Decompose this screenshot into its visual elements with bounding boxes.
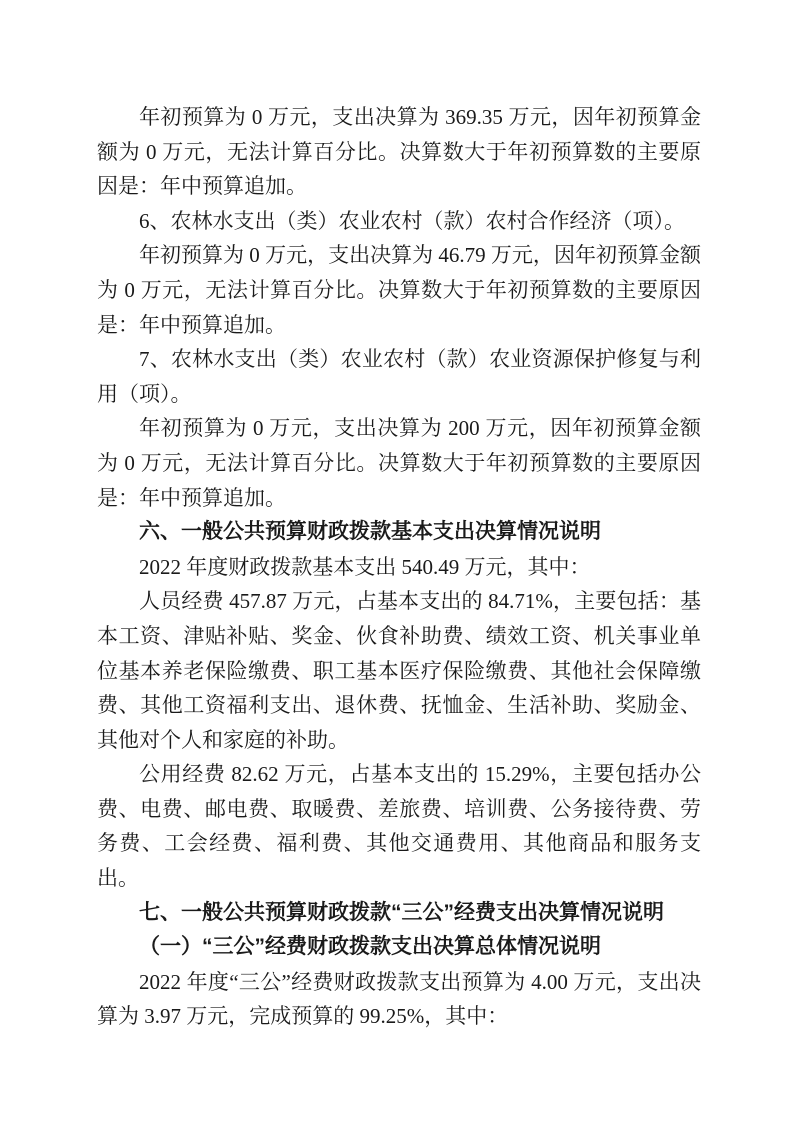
- paragraph-three-public-summary: 2022 年度“三公”经费财政拨款支出预算为 4.00 万元，支出决算为 3.9…: [97, 965, 701, 1034]
- paragraph-budget-note-item5: 年初预算为 0 万元，支出决算为 369.35 万元，因年初预算金额为 0 万元…: [97, 100, 701, 204]
- subheading-three-public-overall: （一）“三公”经费财政拨款支出决算总体情况说明: [97, 930, 701, 965]
- document-body: 年初预算为 0 万元，支出决算为 369.35 万元，因年初预算金额为 0 万元…: [97, 100, 701, 1034]
- paragraph-item7-title: 7、农林水支出（类）农业农村（款）农业资源保护修复与利用（项）。: [97, 342, 701, 411]
- paragraph-item6-title: 6、农林水支出（类）农业农村（款）农村合作经济（项）。: [97, 204, 701, 239]
- paragraph-personnel-funds: 人员经费 457.87 万元，占基本支出的 84.71%，主要包括：基本工资、津…: [97, 584, 701, 757]
- paragraph-budget-note-item6: 年初预算为 0 万元，支出决算为 46.79 万元，因年初预算金额为 0 万元，…: [97, 238, 701, 342]
- heading-section-6-basic-expenditure: 六、一般公共预算财政拨款基本支出决算情况说明: [97, 515, 701, 550]
- paragraph-basic-expenditure-total: 2022 年度财政拨款基本支出 540.49 万元，其中：: [97, 550, 701, 585]
- document-page: 年初预算为 0 万元，支出决算为 369.35 万元，因年初预算金额为 0 万元…: [0, 0, 793, 1122]
- paragraph-public-funds: 公用经费 82.62 万元，占基本支出的 15.29%，主要包括办公费、电费、邮…: [97, 757, 701, 895]
- paragraph-budget-note-item7: 年初预算为 0 万元，支出决算为 200 万元，因年初预算金额为 0 万元，无法…: [97, 411, 701, 515]
- heading-section-7-three-public-expenses: 七、一般公共预算财政拨款“三公”经费支出决算情况说明: [97, 896, 701, 931]
